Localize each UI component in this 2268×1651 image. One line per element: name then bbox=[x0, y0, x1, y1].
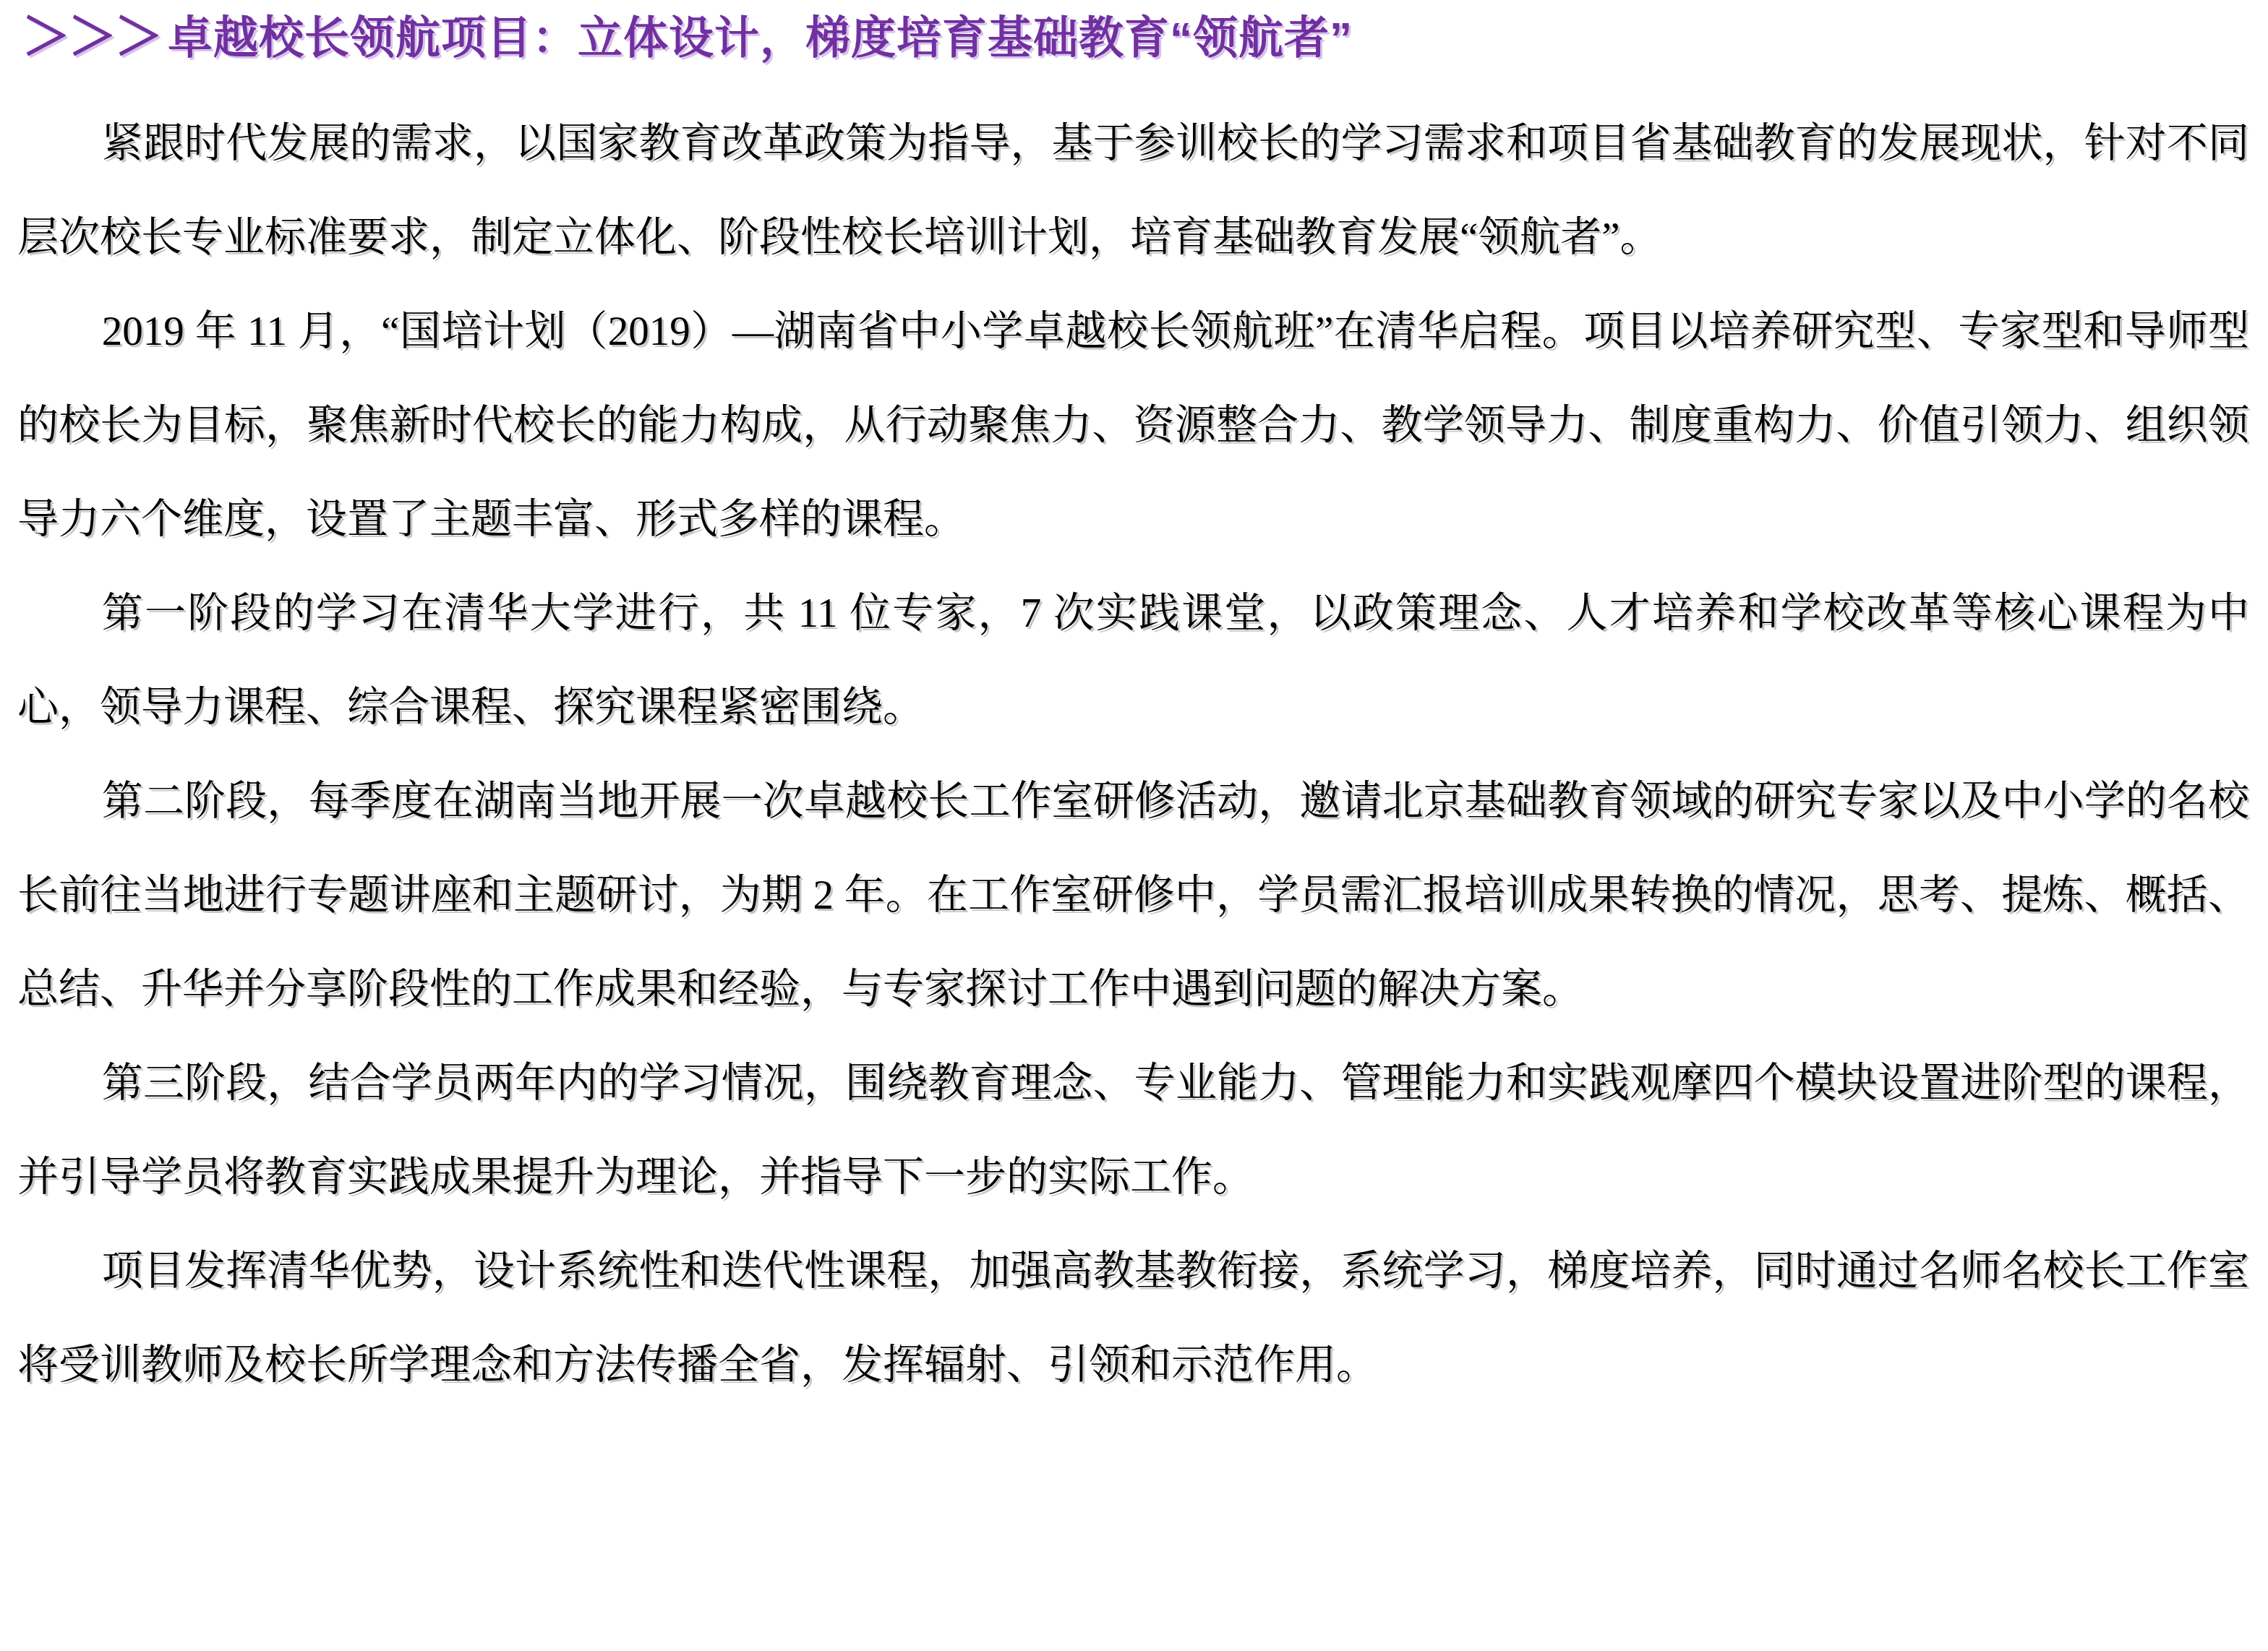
section-heading-text: 卓越校长领航项目：立体设计，梯度培育基础教育“领航者” bbox=[168, 14, 1353, 64]
document-page: ＞＞＞卓越校长领航项目：立体设计，梯度培育基础教育“领航者” 紧跟时代发展的需求… bbox=[0, 0, 2268, 1651]
paragraph-program-launch: 2019 年 11 月，“国培计划（2019）—湖南省中小学卓越校长领航班”在清… bbox=[17, 285, 2249, 567]
paragraph-conclusion: 项目发挥清华优势，设计系统性和迭代性课程，加强高教基教衔接，系统学习，梯度培养，… bbox=[17, 1225, 2249, 1412]
section-heading: ＞＞＞卓越校长领航项目：立体设计，梯度培育基础教育“领航者” bbox=[22, 9, 2249, 65]
paragraph-stage-two: 第二阶段，每季度在湖南当地开展一次卓越校长工作室研修活动，邀请北京基础教育领域的… bbox=[17, 755, 2249, 1037]
paragraph-stage-one: 第一阶段的学习在清华大学进行，共 11 位专家，7 次实践课堂，以政策理念、人才… bbox=[17, 567, 2249, 755]
paragraph-stage-three: 第三阶段，结合学员两年内的学习情况，围绕教育理念、专业能力、管理能力和实践观摩四… bbox=[17, 1037, 2249, 1225]
document-body: 紧跟时代发展的需求，以国家教育改革政策为指导，基于参训校长的学习需求和项目省基础… bbox=[17, 97, 2249, 1412]
triple-arrow-icon: ＞＞＞ bbox=[22, 7, 161, 67]
paragraph-overview: 紧跟时代发展的需求，以国家教育改革政策为指导，基于参训校长的学习需求和项目省基础… bbox=[17, 97, 2249, 285]
